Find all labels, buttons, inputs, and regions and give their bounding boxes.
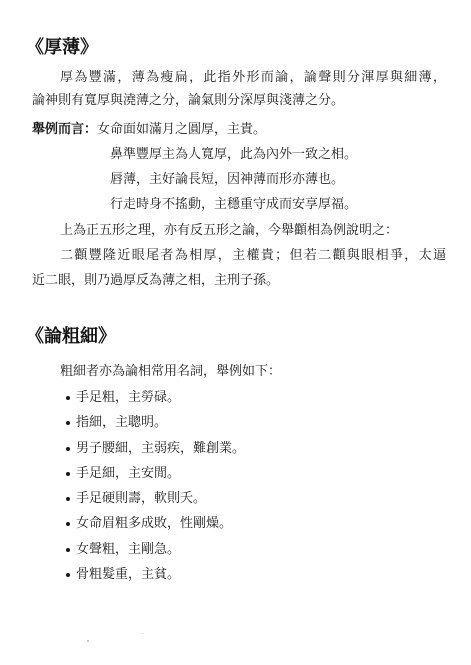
example-lead-row: 舉例而言：女命面如滿月之圓厚，主貴。: [32, 121, 266, 139]
bullet-icon: [66, 421, 70, 425]
list-item-text: 指細，主聰明。: [76, 414, 167, 432]
paragraph-line: 上為正五形之理，亦有反五形之論，今舉顴相為例說明之：: [60, 222, 398, 240]
example-item: 行走時身不搖動，主穩重守成而安享厚福。: [110, 196, 357, 214]
bullet-icon: [66, 447, 70, 451]
bullet-icon: [66, 396, 70, 400]
bullet-icon: [66, 472, 70, 476]
paragraph-line: 二顴豐隆近眼尾者為相厚，主權貴；但若二顴與眼相爭，太逼: [60, 247, 446, 265]
scan-speck: [141, 633, 144, 634]
example-item: 鼻準豐厚主為人寬厚，此為內外一致之相。: [110, 146, 357, 164]
section-title-thickness: 《厚薄》: [26, 36, 98, 60]
paragraph-line: 論神則有寬厚與澆薄之分，論氣則分深厚與淺薄之分。: [32, 92, 344, 110]
paragraph-line: 厚為豐滿，薄為瘦扁，此指外形而論，論聲則分渾厚與細薄，: [60, 69, 446, 87]
section-title-coarse-fine: 《論粗細》: [26, 325, 116, 349]
bullet-icon: [66, 573, 70, 577]
list-item-text: 手足粗，主勞碌。: [76, 389, 180, 407]
scan-speck: [87, 640, 89, 642]
example-item: 女命面如滿月之圓厚，主貴。: [97, 122, 266, 137]
example-item: 唇薄，主好論長短，因神薄而形亦薄也。: [110, 171, 344, 189]
example-lead-label: 舉例而言：: [32, 122, 97, 137]
list-item-text: 骨粗髮重，主貧。: [76, 566, 180, 584]
list-item-text: 女命眉粗多成敗，性剛燥。: [76, 515, 232, 533]
bullet-icon: [66, 548, 70, 552]
list-item-text: 手足細，主安閒。: [76, 465, 180, 483]
paragraph-line: 近二眼，則乃過厚反為薄之相，主刑子孫。: [32, 272, 279, 290]
bullet-icon: [66, 497, 70, 501]
list-item-text: 女聲粗，主剛急。: [76, 541, 180, 559]
list-item-text: 手足硬則壽，軟則夭。: [76, 490, 206, 508]
paragraph-line: 粗細者亦為論相常用名詞，舉例如下：: [60, 363, 281, 381]
bullet-icon: [66, 522, 70, 526]
list-item-text: 男子腰細，主弱疾，難創業。: [76, 440, 245, 458]
